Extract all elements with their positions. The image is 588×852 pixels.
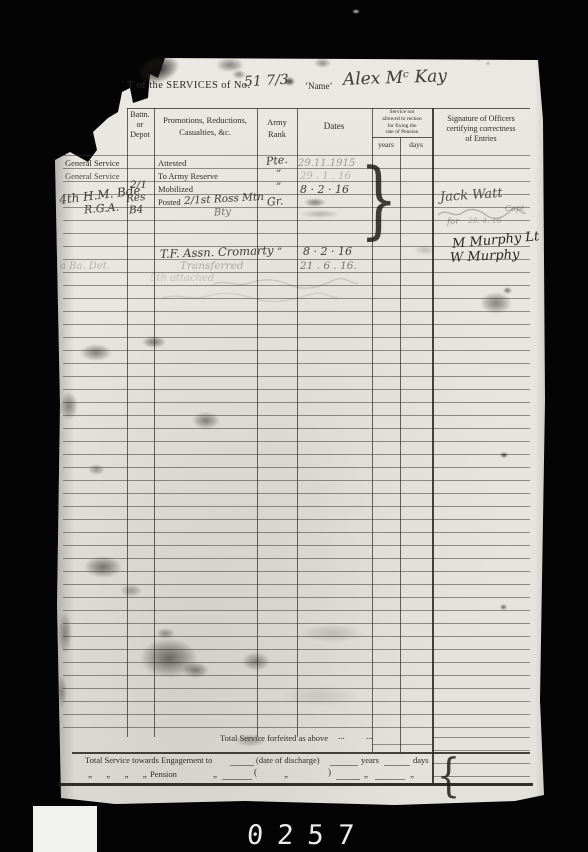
film-edge-mark (33, 806, 97, 852)
rank-entry-handwritten: Gr. (267, 195, 284, 208)
service-subheader-line (372, 137, 432, 138)
days-label: days (413, 756, 429, 765)
col-header-years: years (378, 141, 394, 149)
engagement-label: Total Service towards Engagement to (85, 756, 212, 765)
dust-speck (352, 9, 360, 14)
date-entry-handwritten: 8 · 2 · 16 (303, 246, 352, 258)
ink-blot (182, 662, 209, 678)
ink-blot (480, 292, 512, 314)
margin-entry: General Service (65, 159, 120, 168)
col-header-service: allowed to reckon (382, 117, 421, 123)
microfilm-frame: T of the SERVICES of No. 51 7/3 ’Name’ A… (0, 0, 588, 852)
event-entry: Posted (158, 198, 181, 207)
years-label: years (361, 756, 379, 765)
officer-rank-handwritten: Capt (505, 205, 524, 213)
ink-blot (56, 676, 67, 708)
col-header-promotions: Promotions, Reductions, (163, 116, 247, 125)
dotted-leader: ... (366, 732, 373, 741)
event-entry: To Army Reserve (158, 172, 218, 181)
illegible-handwriting-squiggle (210, 276, 360, 290)
posted-unit-handwritten: Bty (214, 207, 232, 219)
ink-blot (242, 652, 270, 671)
ditto-mark: ” (276, 183, 281, 194)
col-header-signature: certifying correctness (446, 125, 515, 133)
name-handwritten: Alex Mᶜ Kay (343, 68, 448, 89)
form-title: T of the SERVICES of No. (127, 80, 250, 91)
unit-handwritten: R.G.A. (84, 201, 120, 216)
faint-entry-handwritten: 5th attached (150, 274, 214, 285)
ditto-mark: „ (410, 770, 414, 779)
fill-in-line (230, 765, 254, 766)
event-entry: Mobilized (158, 185, 193, 194)
ink-blot (414, 245, 436, 255)
fill-in-line (384, 765, 410, 766)
fill-in-line (375, 779, 405, 780)
footer-rule (72, 752, 530, 754)
event-entry: Attested (158, 159, 186, 168)
col-header-service: Service not (390, 110, 415, 116)
date-entry-handwritten: 21 . 6 . 16. (300, 261, 357, 272)
table-header-top-line (127, 108, 530, 109)
frame-counter: 0257 (246, 820, 369, 851)
col-header-battn: or (137, 121, 144, 129)
ink-blot (88, 464, 105, 475)
fill-in-line (222, 779, 252, 780)
dates-brace: } (359, 150, 397, 248)
ink-blot (156, 628, 175, 639)
ink-blot (142, 336, 166, 348)
ink-blot (500, 604, 507, 610)
col-header-rank: Army (267, 118, 287, 127)
transferred-entry-handwritten: Transferred (180, 261, 244, 272)
ink-blot (60, 392, 78, 420)
discharge-label: (date of discharge) (256, 756, 320, 765)
service-number-handwritten: 51 7/3 (244, 73, 290, 90)
col-header-service: rate of Pension (386, 130, 419, 136)
ditto-marks-row: „ „ „ „ (88, 770, 153, 779)
ink-blot (120, 584, 142, 597)
ink-blot (300, 624, 364, 643)
ink-blot (84, 556, 122, 578)
date-entry-handwritten: 29.11.1915 (298, 159, 355, 170)
ink-blot (192, 412, 220, 429)
battn-entry-handwritten: 2/1 (130, 180, 147, 191)
footer-box-line (372, 744, 432, 745)
ink-blot (80, 344, 112, 361)
dotted-leader: ... (338, 732, 345, 741)
col-header-signature: of Entries (465, 135, 496, 143)
ink-blot (314, 58, 331, 68)
date-entry-handwritten: 29 . 1 . 16 (300, 172, 351, 183)
ink-blot (500, 452, 508, 458)
faint-entry-handwritten: a Ba. Det. (60, 262, 110, 273)
col-header-days: days (409, 141, 423, 149)
rank-entry-handwritten: Pte. (265, 154, 288, 168)
ink-blot (300, 210, 340, 218)
ditto-mark: „ (213, 770, 217, 779)
ink-blot (284, 77, 295, 86)
ink-blot (486, 62, 490, 65)
fill-in-line (330, 765, 358, 766)
col-header-battn: Depot (130, 131, 150, 139)
ink-blot (476, 57, 481, 61)
paren-close: ) (328, 768, 331, 777)
ink-blot (503, 287, 512, 294)
signature-for-handwritten: for (447, 218, 459, 227)
battn-entry-handwritten: B4 (129, 205, 144, 217)
col-header-promotions: Casualties, &c. (179, 128, 231, 137)
signature-date-handwritten: 28. 4. 16 (468, 217, 501, 225)
col-header-dates: Dates (324, 122, 345, 131)
illegible-handwriting-squiggle (160, 290, 340, 304)
ditto-mark: „ (284, 770, 288, 779)
ink-blot (304, 198, 326, 207)
fill-in-line (336, 779, 360, 780)
margin-entry: General Service (65, 172, 120, 181)
name-label: ’Name’ (305, 82, 332, 91)
pension-label: Pension (150, 770, 177, 779)
ditto-mark: ” (277, 248, 282, 259)
col-header-battn: Battn. (130, 111, 149, 119)
forfeited-label: Total Service forfeited as above (220, 734, 328, 743)
bottom-rule-thick (58, 783, 533, 786)
col-header-signature: Signature of Officers (447, 115, 514, 123)
pension-brace: { (437, 748, 460, 802)
ditto-mark: „ (364, 770, 368, 779)
date-entry-handwritten: 8 · 2 · 16 (300, 184, 349, 196)
col-header-rank: Rank (268, 130, 286, 139)
ditto-mark: ” (276, 170, 281, 181)
paren-open: ( (254, 768, 257, 777)
